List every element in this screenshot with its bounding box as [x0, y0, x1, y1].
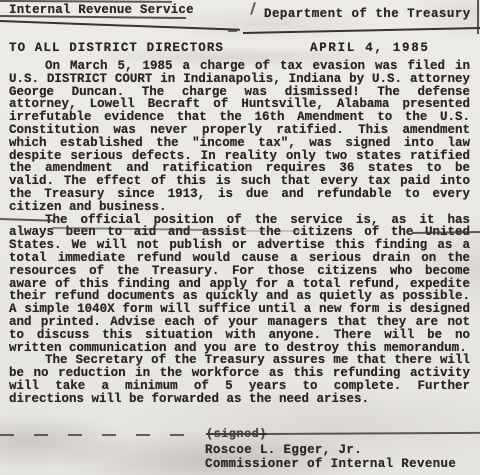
signer-title: Commissioner of Internal Revenue: [205, 457, 456, 471]
header-rule-right: [243, 27, 480, 34]
header-department: Department of the Treasury: [264, 7, 471, 21]
memo-line: total immediate refund would cause a ser…: [9, 252, 470, 265]
memo-page: Internal Revenue Service Department of t…: [0, 0, 480, 475]
header-crease-dash: [228, 30, 237, 32]
memo-line: to discuss this situation with anyone. T…: [9, 329, 470, 342]
signer-name: Roscoe L. Egger, Jr.: [205, 443, 362, 457]
memo-line: be no reduction in the workforce as this…: [9, 367, 470, 380]
signed-annotation: (signed): [206, 427, 267, 441]
memo-line: directions will be forwarded as the need…: [9, 393, 470, 406]
memo-line: will take a minimum of 5 years to comple…: [9, 380, 470, 393]
memo-line: and printed. Advise each of your manager…: [9, 316, 470, 329]
memo-line: which established the "income tax", was …: [9, 137, 470, 150]
memo-body: On March 5, 1985 a charge of tax evasion…: [9, 60, 470, 406]
header-stray-mark: [250, 2, 256, 15]
addressee-line: TO ALL DISTRICT DIRECTORS: [9, 41, 224, 55]
date-line: APRIL 4, 1985: [310, 41, 430, 55]
fold-crease-segment: [204, 230, 304, 232]
signature-crease-line: [262, 432, 480, 435]
memo-line: On March 5, 1985 a charge of tax evasion…: [9, 60, 470, 73]
header-rule-left: [0, 20, 240, 31]
memo-line: Constitution was never properly ratified…: [9, 124, 470, 137]
memo-line: resources of the Treasury. For those cit…: [9, 265, 470, 278]
memo-line: U.S. DISTRICT COURT in Indianapolis, Ind…: [9, 73, 470, 86]
memo-line: citizen and business.: [9, 201, 470, 214]
signature-crease-dashes: [0, 434, 204, 436]
memo-line: the Treasury since 1913, is due and refu…: [9, 188, 470, 201]
